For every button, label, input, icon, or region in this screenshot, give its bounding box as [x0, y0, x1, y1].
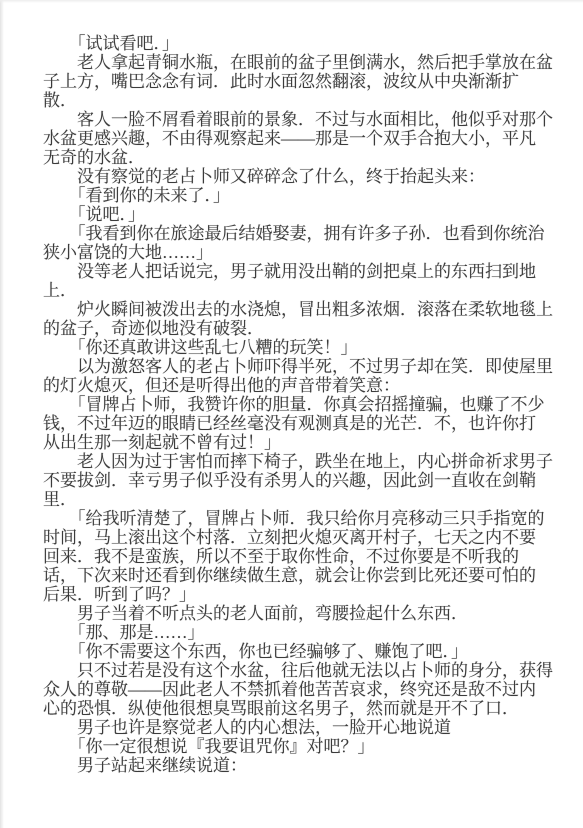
text-line: 话，下次来时还看到你继续做生意，就会让你尝到比死还要可怕的	[43, 566, 559, 585]
text-line: 上．	[43, 281, 559, 300]
text-line: 炉火瞬间被泼出去的水浇熄，冒出粗多浓烟．滚落在柔软地毯上	[43, 300, 559, 319]
text-line: 的灯火熄灭，但还是听得出他的声音带着笑意：	[43, 376, 559, 395]
text-line: 没等老人把话说完，男子就用没出鞘的剑把桌上的东西扫到地	[43, 262, 559, 281]
text-line: 男子当着不听点头的老人面前，弯腰捡起什么东西．	[43, 604, 559, 623]
text-line: 散．	[43, 91, 559, 110]
text-line: 客人一脸不屑看着眼前的景象．不过与水面相比，他似乎对那个	[43, 110, 559, 129]
text-line: 老人拿起青铜水瓶，在眼前的盆子里倒满水，然后把手掌放在盆	[43, 53, 559, 72]
text-line: 「你不需要这个东西，你也已经骗够了、赚饱了吧．」	[43, 642, 559, 661]
text-line: 「你还真敢讲这些乱七八糟的玩笑！」	[43, 338, 559, 357]
text-line: 没有察觉的老占卜师又碎碎念了什么，终于抬起头来：	[43, 167, 559, 186]
text-line: 以为激怒客人的老占卜师吓得半死，不过男子却在笑．即使屋里	[43, 357, 559, 376]
story-text-block: 「试试看吧．」老人拿起青铜水瓶，在眼前的盆子里倒满水，然后把手掌放在盆子上方，嘴…	[43, 34, 559, 775]
text-line: 狭小富饶的大地……」	[43, 243, 559, 262]
text-line: 「试试看吧．」	[43, 34, 559, 53]
text-line: 只不过若是没有这个水盆，往后他就无法以占卜师的身分，获得	[43, 661, 559, 680]
text-line: 从出生那一刻起就不曾有过！」	[43, 433, 559, 452]
text-line: 钱，不过年迈的眼睛已经丝毫没有观测真是的光芒．不，也许你打	[43, 414, 559, 433]
document-page: 「试试看吧．」老人拿起青铜水瓶，在眼前的盆子里倒满水，然后把手掌放在盆子上方，嘴…	[0, 0, 583, 828]
scanned-book-page: { "page": { "background_color": "#ffffff…	[0, 0, 583, 828]
text-line: 众人的尊敬——因此老人不禁抓着他苦苦哀求，终究还是敌不过内	[43, 680, 559, 699]
text-line: 男子也许是察觉老人的内心想法，一脸开心地说道	[43, 718, 559, 737]
text-line: 水盆更感兴趣，不由得观察起来——那是一个双手合抱大小，平凡	[43, 129, 559, 148]
text-line: 无奇的水盆．	[43, 148, 559, 167]
text-line: 的盆子，奇迹似地没有破裂．	[43, 319, 559, 338]
text-line: 男子站起来继续说道：	[43, 756, 559, 775]
text-line: 里．	[43, 490, 559, 509]
text-line: 时间，马上滚出这个村落．立刻把火熄灭离开村子，七天之内不要	[43, 528, 559, 547]
text-line: 「说吧．」	[43, 205, 559, 224]
text-line: 老人因为过于害怕而摔下椅子，跌坐在地上，内心拼命祈求男子	[43, 452, 559, 471]
text-line: 「我看到你在旅途最后结婚娶妻，拥有许多子孙．也看到你统治	[43, 224, 559, 243]
text-line: 不要拔剑．幸亏男子似乎没有杀男人的兴趣，因此剑一直收在剑鞘	[43, 471, 559, 490]
text-line: 「看到你的未来了．」	[43, 186, 559, 205]
text-line: 「冒牌占卜师，我赞许你的胆量．你真会招摇撞骗，也赚了不少	[43, 395, 559, 414]
scan-edge-artifact-top	[0, 0, 583, 3]
text-line: 回来．我不是蛮族，所以不至于取你性命，不过你要是不听我的	[43, 547, 559, 566]
text-line: 「给我听清楚了，冒牌占卜师．我只给你月亮移动三只手指宽的	[43, 509, 559, 528]
scan-edge-artifact-left	[0, 0, 4, 828]
text-line: 心的恐惧．纵使他很想臭骂眼前这名男子，然而就是开不了口．	[43, 699, 559, 718]
text-line: 子上方，嘴巴念念有词．此时水面忽然翻滚，波纹从中央渐渐扩	[43, 72, 559, 91]
text-line: 后果．听到了吗？」	[43, 585, 559, 604]
text-line: 「那、那是……」	[43, 623, 559, 642]
text-line: 「你一定很想说『我要诅咒你』对吧？」	[43, 737, 559, 756]
